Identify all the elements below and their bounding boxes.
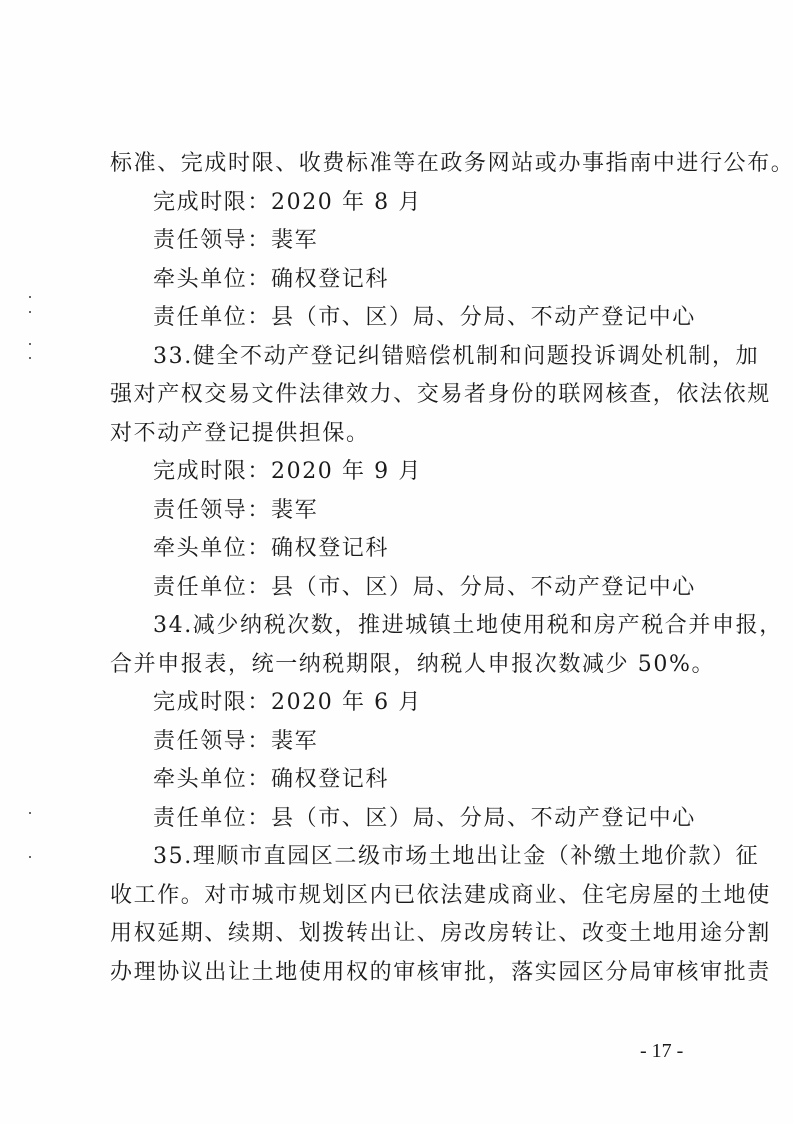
item-34-text: 34.减少纳税次数，推进城镇土地使用税和房产税合并申报， bbox=[153, 613, 702, 639]
scan-mark bbox=[29, 856, 31, 858]
item-35-text: 收工作。对市城市规划区内已依法建成商业、住宅房屋的土地使 bbox=[110, 883, 702, 909]
item-34-text: 合并申报表，统一纳税期限，纳税人申报次数减少 50%。 bbox=[110, 652, 702, 678]
item-33-text: 强对产权交易文件法律效力、交易者身份的联网核查，依法依规 bbox=[110, 382, 702, 408]
scan-mark bbox=[29, 343, 31, 345]
leader-line: 责任领导：裴军 bbox=[153, 729, 745, 755]
page-number: - 17 - bbox=[640, 1040, 683, 1063]
deadline-line: 完成时限：2020 年 8 月 bbox=[153, 190, 745, 216]
lead-unit-line: 牵头单位：确权登记科 bbox=[153, 267, 745, 293]
responsible-unit-line: 责任单位：县（市、区）局、分局、不动产登记中心 bbox=[153, 806, 745, 832]
leader-line: 责任领导：裴军 bbox=[153, 498, 745, 524]
paragraph-continuation: 标准、完成时限、收费标准等在政务网站或办事指南中进行公布。 bbox=[110, 151, 702, 177]
lead-unit-line: 牵头单位：确权登记科 bbox=[153, 767, 745, 793]
item-33-text: 33.健全不动产登记纠错赔偿机制和问题投诉调处机制，加 bbox=[153, 344, 702, 370]
item-35-text: 35.理顺市直园区二级市场土地出让金（补缴土地价款）征 bbox=[153, 844, 702, 870]
scan-mark bbox=[29, 812, 31, 814]
deadline-line: 完成时限：2020 年 9 月 bbox=[153, 459, 745, 485]
deadline-line: 完成时限：2020 年 6 月 bbox=[153, 690, 745, 716]
item-35-text: 用权延期、续期、划拨转出让、房改房转让、改变土地用途分割 bbox=[110, 921, 702, 947]
scan-mark bbox=[29, 357, 31, 359]
responsible-unit-line: 责任单位：县（市、区）局、分局、不动产登记中心 bbox=[153, 305, 745, 331]
scan-mark bbox=[29, 311, 31, 313]
responsible-unit-line: 责任单位：县（市、区）局、分局、不动产登记中心 bbox=[153, 575, 745, 601]
leader-line: 责任领导：裴军 bbox=[153, 228, 745, 254]
item-35-text: 办理协议出让土地使用权的审核审批，落实园区分局审核审批责 bbox=[110, 960, 702, 986]
lead-unit-line: 牵头单位：确权登记科 bbox=[153, 536, 745, 562]
item-33-text: 对不动产登记提供担保。 bbox=[110, 421, 702, 447]
scan-mark bbox=[29, 296, 31, 298]
document-page: 标准、完成时限、收费标准等在政务网站或办事指南中进行公布。 完成时限：2020 … bbox=[0, 0, 793, 1124]
